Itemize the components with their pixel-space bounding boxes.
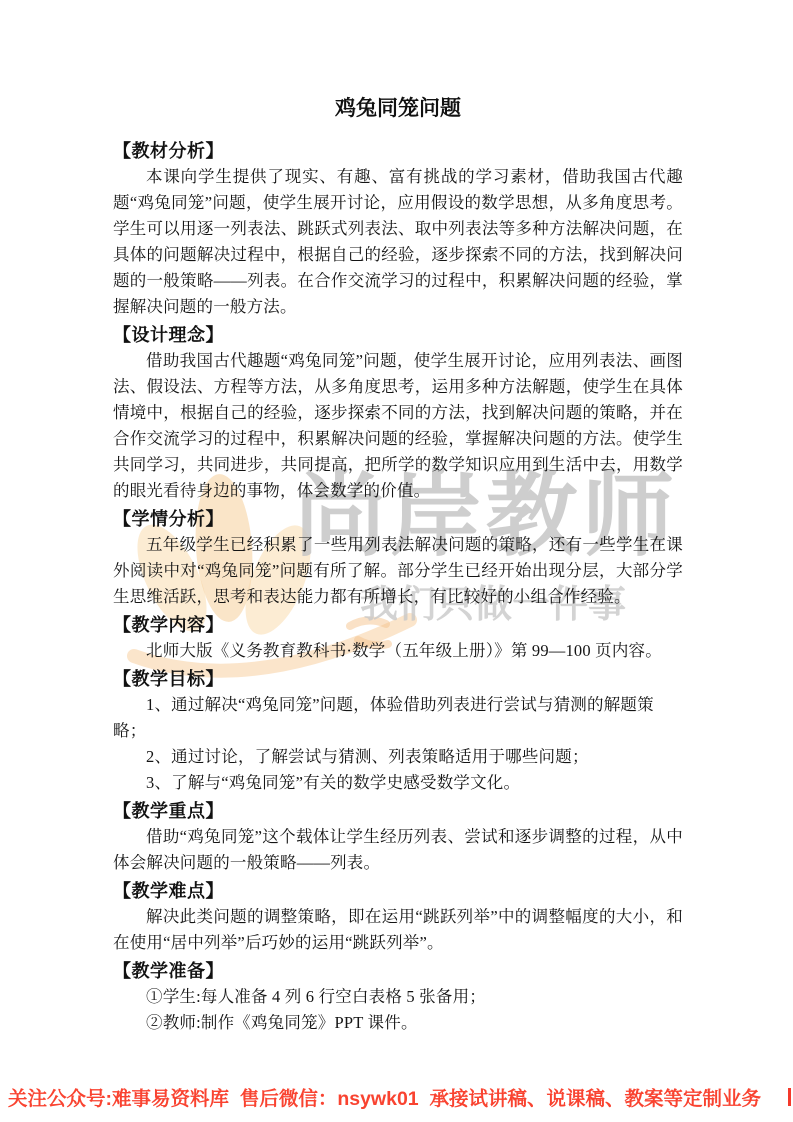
document-content: 鸡兔同笼问题 【教材分析】 本课向学生提供了现实、有趣、富有挑战的学习素材，借助… [0,0,793,1122]
section-paragraph: 解决此类问题的调整策略，即在运用“跳跃列举”中的调整幅度的大小，和在使用“居中列… [113,904,683,956]
objective-item-3: 3、了解与“鸡兔同笼”有关的数学史感受数学文化。 [113,770,683,796]
section-paragraph: 北师大版《义务教育教科书·数学（五年级上册）》第 99—100 页内容。 [113,638,683,664]
objective-item-2: 2、通过讨论，了解尝试与猜测、列表策略适用于哪些问题； [113,744,683,770]
preparation-item-2: ②教师:制作《鸡兔同笼》PPT 课件。 [113,1010,683,1036]
section-teaching-difficulty: 【教学难点】 解决此类问题的调整策略，即在运用“跳跃列举”中的调整幅度的大小，和… [113,878,683,956]
section-learner-analysis: 【学情分析】 五年级学生已经积累了一些用列表法解决问题的策略，还有一些学生在课外… [113,506,683,610]
section-textbook-analysis: 【教材分析】 本课向学生提供了现实、有趣、富有挑战的学习素材，借助我国古代趣题“… [113,138,683,320]
section-heading: 【教学准备】 [113,958,683,984]
section-teaching-content: 【教学内容】 北师大版《义务教育教科书·数学（五年级上册）》第 99—100 页… [113,612,683,664]
section-teaching-objectives: 【教学目标】 1、通过解决“鸡兔同笼”问题，体验借助列表进行尝试与猜测的解题策略… [113,666,683,796]
section-teaching-focus: 【教学重点】 借助“鸡兔同笼”这个载体让学生经历列表、尝试和逐步调整的过程，从中… [113,798,683,876]
preparation-item-1: ①学生:每人准备 4 列 6 行空白表格 5 张备用； [113,984,683,1010]
section-design-concept: 【设计理念】 借助我国古代趣题“鸡兔同笼”问题，使学生展开讨论，应用列表法、画图… [113,322,683,504]
section-paragraph: 借助“鸡兔同笼”这个载体让学生经历列表、尝试和逐步调整的过程，从中体会解决问题的… [113,824,683,876]
footer-edge-mark [788,1088,791,1106]
footer-contact-text: 关注公众号:难事易资料库 售后微信：nsywk01 承接试讲稿、说课稿、教案等定… [8,1086,761,1112]
section-heading: 【学情分析】 [113,506,683,532]
section-heading: 【设计理念】 [113,322,683,348]
section-teaching-preparation: 【教学准备】 ①学生:每人准备 4 列 6 行空白表格 5 张备用； ②教师:制… [113,958,683,1036]
section-paragraph: 借助我国古代趣题“鸡兔同笼”问题，使学生展开讨论，应用列表法、画图法、假设法、方… [113,348,683,504]
section-heading: 【教学难点】 [113,878,683,904]
section-heading: 【教学目标】 [113,666,683,692]
page-title: 鸡兔同笼问题 [113,92,683,126]
footer-banner: 关注公众号:难事易资料库 售后微信：nsywk01 承接试讲稿、说课稿、教案等定… [0,1086,793,1116]
section-heading: 【教学重点】 [113,798,683,824]
document-page: 尚岸教师 我们只做一件事 鸡兔同笼问题 【教材分析】 本课向学生提供了现实、有趣… [0,0,793,1122]
section-paragraph: 本课向学生提供了现实、有趣、富有挑战的学习素材，借助我国古代趣题“鸡兔同笼”问题… [113,164,683,320]
objective-item-1: 1、通过解决“鸡兔同笼”问题，体验借助列表进行尝试与猜测的解题策略； [113,692,683,744]
section-paragraph: 五年级学生已经积累了一些用列表法解决问题的策略，还有一些学生在课外阅读中对“鸡兔… [113,532,683,610]
section-heading: 【教材分析】 [113,138,683,164]
section-heading: 【教学内容】 [113,612,683,638]
